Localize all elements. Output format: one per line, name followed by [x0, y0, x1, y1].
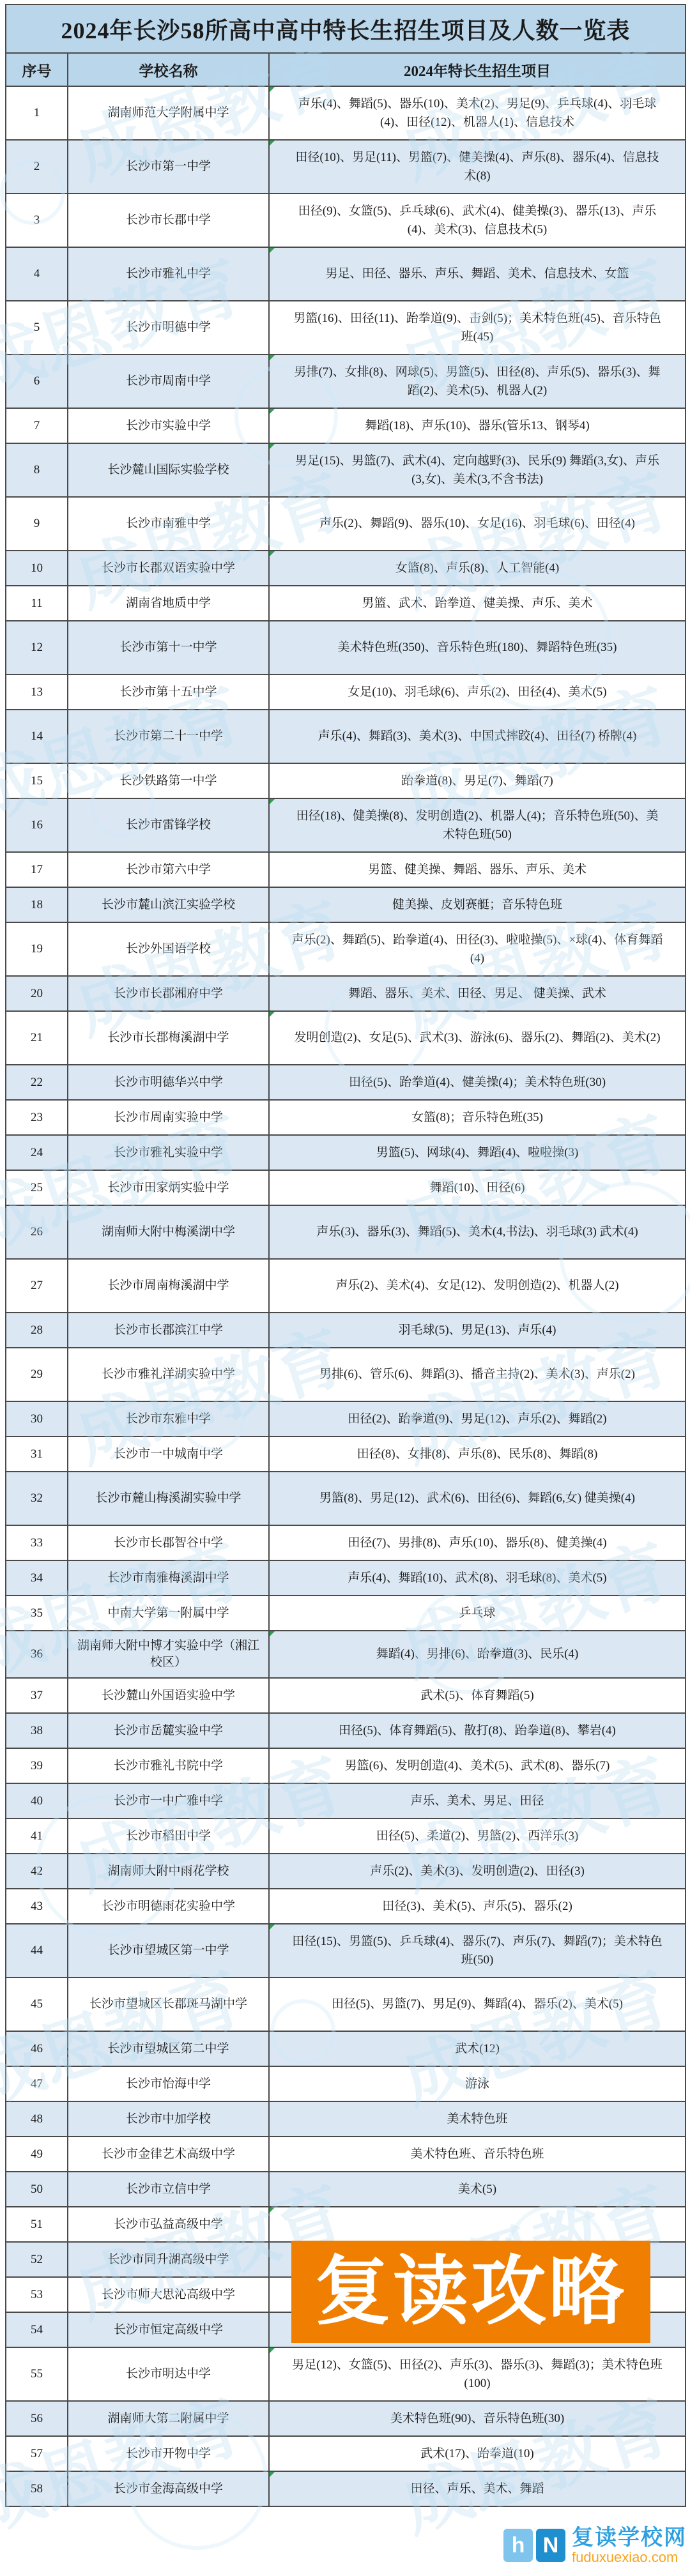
projects-cell: 美术特色班(350)、音乐特色班(180)、舞蹈特色班(35)	[269, 621, 686, 674]
school-name: 长沙市南雅中学	[68, 497, 269, 551]
table-row: 58长沙市金海高级中学田径、声乐、美术、舞蹈	[6, 2471, 686, 2506]
projects-cell: 舞蹈、器乐、美术、田径、男足、 健美操、武术	[269, 976, 686, 1011]
table-row: 35中南大学第一附属中学乒乓球	[6, 1596, 686, 1631]
projects-cell: 男篮、健美操、舞蹈、器乐、声乐、美术	[269, 852, 686, 887]
table-row: 32长沙市麓山梅溪湖实验中学男篮(8)、男足(12)、武术(6)、田径(6)、舞…	[6, 1472, 686, 1525]
row-index: 34	[6, 1560, 68, 1596]
projects-cell: 声乐(2)、美术(4)、女足(12)、发明创造(2)、机器人(2)	[269, 1259, 686, 1313]
projects-cell: 女足(10)、羽毛球(6)、声乐(2)、田径(4)、美术(5)	[269, 674, 686, 710]
school-name: 长沙市第二十一中学	[68, 710, 269, 763]
table-row: 16长沙市雷锋学校田径(18)、健美操(8)、发明创造(2)、机器人(4)；音乐…	[6, 798, 686, 852]
row-index: 11	[6, 586, 68, 621]
row-index: 9	[6, 497, 68, 551]
table-row: 45长沙市望城区长郡斑马湖中学田径(5)、男篮(7)、男足(9)、舞蹈(4)、器…	[6, 1978, 686, 2031]
row-index: 6	[6, 354, 68, 408]
site-logo-name: 复读学校网	[572, 2527, 687, 2550]
school-name: 长沙市第十五中学	[68, 674, 269, 710]
row-index: 13	[6, 674, 68, 710]
school-name: 长沙市长郡中学	[68, 194, 269, 247]
row-index: 56	[6, 2401, 68, 2436]
school-name: 长沙市望城区第一中学	[68, 1924, 269, 1978]
projects-cell: 声乐(4)、舞蹈(10)、武术(8)、羽毛球(8)、美术(5)	[269, 1560, 686, 1596]
row-index: 26	[6, 1205, 68, 1259]
projects-cell: 田径(5)、柔道(2)、男篮(2)、西洋乐(3)	[269, 1818, 686, 1854]
table-row: 12长沙市第十一中学美术特色班(350)、音乐特色班(180)、舞蹈特色班(35…	[6, 621, 686, 674]
row-index: 50	[6, 2172, 68, 2207]
row-index: 20	[6, 976, 68, 1011]
table-row: 25长沙市田家炳实验中学舞蹈(10)、田径(6)	[6, 1170, 686, 1205]
table-row: 3长沙市长郡中学田径(9)、女篮(5)、乒乓球(6)、武术(4)、健美操(3)、…	[6, 194, 686, 247]
row-index: 29	[6, 1348, 68, 1401]
projects-cell: 田径(5)、男篮(7)、男足(9)、舞蹈(4)、器乐(2)、美术(5)	[269, 1978, 686, 2031]
row-index: 49	[6, 2137, 68, 2172]
projects-cell: 武术(5)、体育舞蹈(5)	[269, 1678, 686, 1713]
projects-cell: 舞蹈(18)、声乐(10)、器乐(管乐13、钢琴4)	[269, 408, 686, 443]
table-row: 48长沙市中加学校美术特色班	[6, 2101, 686, 2137]
row-index: 43	[6, 1889, 68, 1924]
projects-cell: 田径(2)、跆拳道(9)、男足(12)、声乐(2)、舞蹈(2)	[269, 1401, 686, 1437]
school-name: 长沙市周南中学	[68, 354, 269, 408]
table-row: 30长沙市东雅中学田径(2)、跆拳道(9)、男足(12)、声乐(2)、舞蹈(2)	[6, 1401, 686, 1437]
projects-cell: 声乐(4)、舞蹈(3)、美术(3)、中国式摔跤(4)、田径(7) 桥牌(4)	[269, 710, 686, 763]
projects-cell: 田径、声乐、美术、舞蹈	[269, 2471, 686, 2506]
row-index: 45	[6, 1978, 68, 2031]
projects-cell: 男篮、武术、跆拳道、健美操、声乐、美术	[269, 586, 686, 621]
row-index: 4	[6, 247, 68, 301]
projects-cell: 男足(15)、男篮(7)、武术(4)、定向越野(3)、民乐(9) 舞蹈(3,女)…	[269, 443, 686, 497]
school-name: 长沙铁路第一中学	[68, 763, 269, 798]
school-name: 长沙麓山外国语实验中学	[68, 1678, 269, 1713]
school-name: 长沙市东雅中学	[68, 1401, 269, 1437]
projects-cell: 美术特色班(90)、音乐特色班(30)	[269, 2401, 686, 2436]
school-name: 长沙麓山国际实验学校	[68, 443, 269, 497]
projects-cell: 男篮(6)、发明创造(4)、美术(5)、武术(8)、器乐(7)	[269, 1748, 686, 1783]
table-row: 14长沙市第二十一中学声乐(4)、舞蹈(3)、美术(3)、中国式摔跤(4)、田径…	[6, 710, 686, 763]
table-row: 36湖南师大附中博才实验中学（湘江校区）舞蹈(4)、男排(6)、跆拳道(3)、民…	[6, 1631, 686, 1678]
table-row: 33长沙市长郡智谷中学田径(7)、男排(8)、声乐(10)、器乐(8)、健美操(…	[6, 1525, 686, 1560]
projects-cell: 男篮(16)、田径(11)、跆拳道(9)、击剑(5)；美术特色班(45)、音乐特…	[269, 301, 686, 354]
table-row: 40长沙市一中广雅中学声乐、美术、男足、田径	[6, 1783, 686, 1818]
row-index: 57	[6, 2436, 68, 2471]
school-name: 湖南师大附中梅溪湖中学	[68, 1205, 269, 1259]
projects-cell: 女篮(8)；音乐特色班(35)	[269, 1100, 686, 1135]
row-index: 21	[6, 1011, 68, 1065]
table-row: 9长沙市南雅中学声乐(2)、舞蹈(9)、器乐(10)、女足(16)、羽毛球(6)…	[6, 497, 686, 551]
row-index: 15	[6, 763, 68, 798]
row-index: 19	[6, 922, 68, 976]
title-row: 2024年长沙58所高中高中特长生招生项目及人数一览表	[6, 4, 686, 53]
school-name: 长沙市一中城南中学	[68, 1437, 269, 1472]
projects-cell: 健美操、皮划赛艇；音乐特色班	[269, 887, 686, 922]
row-index: 16	[6, 798, 68, 852]
site-logo-domain: fuduxuexiao.com	[572, 2550, 687, 2565]
table-row: 37长沙麓山外国语实验中学武术(5)、体育舞蹈(5)	[6, 1678, 686, 1713]
row-index: 12	[6, 621, 68, 674]
table-row: 42湖南师大附中雨花学校声乐(2)、美术(3)、发明创造(2)、田径(3)	[6, 1854, 686, 1889]
row-index: 7	[6, 408, 68, 443]
projects-cell: 跆拳道(8)、男足(7)、舞蹈(7)	[269, 763, 686, 798]
projects-cell: 乒乓球	[269, 1596, 686, 1631]
projects-cell: 田径(18)、健美操(8)、发明创造(2)、机器人(4)；音乐特色班(50)、美…	[269, 798, 686, 852]
logo-letter-n-icon: N	[536, 2529, 565, 2562]
page: 成恩教育成恩教育成恩教育成恩教育成恩教育成恩教育成恩教育成恩教育成恩教育成恩教育…	[0, 0, 690, 2576]
row-index: 47	[6, 2066, 68, 2101]
school-name: 湖南省地质中学	[68, 586, 269, 621]
projects-cell: 男足、田径、器乐、声乐、舞蹈、美术、信息技术、女篮	[269, 247, 686, 301]
table-row: 51长沙市弘益高级中学	[6, 2207, 686, 2242]
table-row: 28长沙市长郡滨江中学羽毛球(5)、男足(13)、声乐(4)	[6, 1313, 686, 1348]
table-row: 29长沙市雅礼洋湖实验中学男排(6)、管乐(6)、舞蹈(3)、播音主持(2)、美…	[6, 1348, 686, 1401]
table-row: 41长沙市稻田中学田径(5)、柔道(2)、男篮(2)、西洋乐(3)	[6, 1818, 686, 1854]
row-index: 24	[6, 1135, 68, 1170]
school-name: 长沙市恒定高级中学	[68, 2312, 269, 2347]
school-name: 长沙市明德华兴中学	[68, 1065, 269, 1100]
table-row: 44长沙市望城区第一中学田径(15)、男篮(5)、乒乓球(4)、器乐(7)、声乐…	[6, 1924, 686, 1978]
projects-cell: 美术特色班、音乐特色班	[269, 2137, 686, 2172]
projects-cell: 美术(5)	[269, 2172, 686, 2207]
school-name: 长沙市田家炳实验中学	[68, 1170, 269, 1205]
projects-cell: 声乐(4)、舞蹈(5)、器乐(10)、美术(2)、男足(9)、乒乓球(4)、羽毛…	[269, 86, 686, 140]
school-name: 长沙市麓山梅溪湖实验中学	[68, 1472, 269, 1525]
row-index: 1	[6, 86, 68, 140]
projects-cell: 游泳	[269, 2066, 686, 2101]
row-index: 51	[6, 2207, 68, 2242]
column-header-projects: 2024年特长生招生项目	[269, 53, 686, 86]
projects-cell: 声乐、美术、男足、田径	[269, 1783, 686, 1818]
school-name: 长沙市长郡滨江中学	[68, 1313, 269, 1348]
projects-cell: 武术(12)	[269, 2031, 686, 2066]
table-row: 2长沙市第一中学田径(10)、男足(11)、男篮(7)、健美操(4)、声乐(8)…	[6, 140, 686, 194]
projects-cell: 舞蹈(10)、田径(6)	[269, 1170, 686, 1205]
school-name: 长沙市明达中学	[68, 2347, 269, 2401]
projects-cell: 武术(17)、跆拳道(10)	[269, 2436, 686, 2471]
table-row: 8长沙麓山国际实验学校男足(15)、男篮(7)、武术(4)、定向越野(3)、民乐…	[6, 443, 686, 497]
talent-recruitment-table: 2024年长沙58所高中高中特长生招生项目及人数一览表 序号 学校名称 2024…	[5, 4, 686, 2507]
school-name: 长沙市稻田中学	[68, 1818, 269, 1854]
table-row: 5长沙市明德中学男篮(16)、田径(11)、跆拳道(9)、击剑(5)；美术特色班…	[6, 301, 686, 354]
table-row: 10长沙市长郡双语实验中学女篮(8)、声乐(8)、人工智能(4)	[6, 551, 686, 586]
school-name: 长沙市明德中学	[68, 301, 269, 354]
table-row: 55长沙市明达中学男足(12)、女篮(5)、田径(2)、声乐(3)、器乐(3)、…	[6, 2347, 686, 2401]
school-name: 湖南师大附中博才实验中学（湘江校区）	[68, 1631, 269, 1678]
projects-cell: 男排(7)、女排(8)、网球(5)、男篮(5)、田径(8)、声乐(5)、器乐(3…	[269, 354, 686, 408]
school-name: 湖南师大附中雨花学校	[68, 1854, 269, 1889]
header-row: 序号 学校名称 2024年特长生招生项目	[6, 53, 686, 86]
row-index: 32	[6, 1472, 68, 1525]
projects-cell: 羽毛球(5)、男足(13)、声乐(4)	[269, 1313, 686, 1348]
school-name: 中南大学第一附属中学	[68, 1596, 269, 1631]
table-row: 11湖南省地质中学男篮、武术、跆拳道、健美操、声乐、美术	[6, 586, 686, 621]
column-header-index: 序号	[6, 53, 68, 86]
school-name: 长沙市师大思沁高级中学	[68, 2277, 269, 2312]
projects-cell: 田径(8)、女排(8)、声乐(8)、民乐(8)、舞蹈(8)	[269, 1437, 686, 1472]
row-index: 30	[6, 1401, 68, 1437]
projects-cell: 男排(6)、管乐(6)、舞蹈(3)、播音主持(2)、美术(3)、声乐(2)	[269, 1348, 686, 1401]
school-name: 长沙市实验中学	[68, 408, 269, 443]
row-index: 35	[6, 1596, 68, 1631]
table-row: 4长沙市雅礼中学男足、田径、器乐、声乐、舞蹈、美术、信息技术、女篮	[6, 247, 686, 301]
projects-cell: 男足(12)、女篮(5)、田径(2)、声乐(3)、器乐(3)、舞蹈(3)；美术特…	[269, 2347, 686, 2401]
table-row: 34长沙市南雅梅溪湖中学声乐(4)、舞蹈(10)、武术(8)、羽毛球(8)、美术…	[6, 1560, 686, 1596]
table-row: 21长沙市长郡梅溪湖中学发明创造(2)、女足(5)、武术(3)、游泳(6)、器乐…	[6, 1011, 686, 1065]
projects-cell: 田径(3)、美术(5)、声乐(5)、器乐(2)	[269, 1889, 686, 1924]
table-row: 27长沙市周南梅溪湖中学声乐(2)、美术(4)、女足(12)、发明创造(2)、机…	[6, 1259, 686, 1313]
table-row: 7长沙市实验中学舞蹈(18)、声乐(10)、器乐(管乐13、钢琴4)	[6, 408, 686, 443]
row-index: 53	[6, 2277, 68, 2312]
row-index: 37	[6, 1678, 68, 1713]
school-name: 长沙市雅礼洋湖实验中学	[68, 1348, 269, 1401]
row-index: 36	[6, 1631, 68, 1678]
row-index: 48	[6, 2101, 68, 2137]
projects-cell: 男篮(5)、网球(4)、舞蹈(4)、啦啦操(3)	[269, 1135, 686, 1170]
row-index: 10	[6, 551, 68, 586]
row-index: 46	[6, 2031, 68, 2066]
school-name: 长沙市长郡双语实验中学	[68, 551, 269, 586]
table-row: 39长沙市雅礼书院中学男篮(6)、发明创造(4)、美术(5)、武术(8)、器乐(…	[6, 1748, 686, 1783]
page-title: 2024年长沙58所高中高中特长生招生项目及人数一览表	[6, 4, 686, 53]
column-header-school: 学校名称	[68, 53, 269, 86]
row-index: 8	[6, 443, 68, 497]
promo-banner: 复读攻略	[291, 2241, 650, 2343]
row-index: 52	[6, 2242, 68, 2277]
projects-cell: 美术特色班	[269, 2101, 686, 2137]
row-index: 58	[6, 2471, 68, 2506]
table-row: 17长沙市第六中学男篮、健美操、舞蹈、器乐、声乐、美术	[6, 852, 686, 887]
school-name: 长沙市长郡智谷中学	[68, 1525, 269, 1560]
table-row: 57长沙市开物中学武术(17)、跆拳道(10)	[6, 2436, 686, 2471]
projects-cell: 男篮(8)、男足(12)、武术(6)、田径(6)、舞蹈(6,女) 健美操(4)	[269, 1472, 686, 1525]
row-index: 17	[6, 852, 68, 887]
row-index: 40	[6, 1783, 68, 1818]
projects-cell: 田径(7)、男排(8)、声乐(10)、器乐(8)、健美操(4)	[269, 1525, 686, 1560]
school-name: 长沙市长郡湘府中学	[68, 976, 269, 1011]
school-name: 长沙市金律艺术高级中学	[68, 2137, 269, 2172]
school-name: 长沙市雅礼中学	[68, 247, 269, 301]
projects-cell: 声乐(3)、器乐(3)、舞蹈(5)、美术(4,书法)、羽毛球(3) 武术(4)	[269, 1205, 686, 1259]
school-name: 长沙市周南梅溪湖中学	[68, 1259, 269, 1313]
table-row: 18长沙市麓山滨江实验学校健美操、皮划赛艇；音乐特色班	[6, 887, 686, 922]
row-index: 27	[6, 1259, 68, 1313]
school-name: 长沙市立信中学	[68, 2172, 269, 2207]
school-name: 长沙市怡海中学	[68, 2066, 269, 2101]
table-row: 49长沙市金律艺术高级中学美术特色班、音乐特色班	[6, 2137, 686, 2172]
table-row: 19长沙外国语学校声乐(2)、舞蹈(5)、跆拳道(4)、田径(3)、啦啦操(5)…	[6, 922, 686, 976]
school-name: 长沙市周南实验中学	[68, 1100, 269, 1135]
table-row: 15长沙铁路第一中学跆拳道(8)、男足(7)、舞蹈(7)	[6, 763, 686, 798]
projects-cell: 声乐(2)、美术(3)、发明创造(2)、田径(3)	[269, 1854, 686, 1889]
row-index: 44	[6, 1924, 68, 1978]
site-logo-icon: h N	[503, 2529, 565, 2562]
school-name: 长沙市长郡梅溪湖中学	[68, 1011, 269, 1065]
projects-cell: 女篮(8)、声乐(8)、人工智能(4)	[269, 551, 686, 586]
school-name: 湖南师范大学附属中学	[68, 86, 269, 140]
school-name: 长沙市金海高级中学	[68, 2471, 269, 2506]
row-index: 55	[6, 2347, 68, 2401]
row-index: 2	[6, 140, 68, 194]
projects-cell: 发明创造(2)、女足(5)、武术(3)、游泳(6)、器乐(2)、舞蹈(2)、美术…	[269, 1011, 686, 1065]
site-logo: h N 复读学校网 fuduxuexiao.com	[503, 2527, 687, 2565]
row-index: 54	[6, 2312, 68, 2347]
promo-banner-text: 复读攻略	[315, 2254, 627, 2329]
projects-cell: 声乐(2)、舞蹈(9)、器乐(10)、女足(16)、羽毛球(6)、田径(4)	[269, 497, 686, 551]
row-index: 42	[6, 1854, 68, 1889]
table-row: 31长沙市一中城南中学田径(8)、女排(8)、声乐(8)、民乐(8)、舞蹈(8)	[6, 1437, 686, 1472]
projects-cell: 田径(15)、男篮(5)、乒乓球(4)、器乐(7)、声乐(7)、舞蹈(7)；美术…	[269, 1924, 686, 1978]
school-name: 长沙市开物中学	[68, 2436, 269, 2471]
school-name: 长沙市麓山滨江实验学校	[68, 887, 269, 922]
school-name: 长沙市望城区第二中学	[68, 2031, 269, 2066]
table-row: 46长沙市望城区第二中学武术(12)	[6, 2031, 686, 2066]
school-name: 长沙市雷锋学校	[68, 798, 269, 852]
table-row: 13长沙市第十五中学女足(10)、羽毛球(6)、声乐(2)、田径(4)、美术(5…	[6, 674, 686, 710]
projects-cell: 田径(5)、体育舞蹈(5)、散打(8)、跆拳道(8)、攀岩(4)	[269, 1713, 686, 1748]
table-row: 43长沙市明德雨花实验中学田径(3)、美术(5)、声乐(5)、器乐(2)	[6, 1889, 686, 1924]
school-name: 长沙市同升湖高级中学	[68, 2242, 269, 2277]
row-index: 33	[6, 1525, 68, 1560]
school-name: 长沙市第十一中学	[68, 621, 269, 674]
row-index: 3	[6, 194, 68, 247]
row-index: 38	[6, 1713, 68, 1748]
table-row: 38长沙市岳麓实验中学田径(5)、体育舞蹈(5)、散打(8)、跆拳道(8)、攀岩…	[6, 1713, 686, 1748]
row-index: 25	[6, 1170, 68, 1205]
school-name: 长沙市南雅梅溪湖中学	[68, 1560, 269, 1596]
projects-cell	[269, 2207, 686, 2242]
projects-cell: 田径(10)、男足(11)、男篮(7)、健美操(4)、声乐(8)、器乐(4)、信…	[269, 140, 686, 194]
row-index: 18	[6, 887, 68, 922]
school-name: 湖南师大第二附属中学	[68, 2401, 269, 2436]
school-name: 长沙市雅礼书院中学	[68, 1748, 269, 1783]
table-row: 47长沙市怡海中学游泳	[6, 2066, 686, 2101]
projects-cell: 田径(5)、跆拳道(4)、健美操(4)；美术特色班(30)	[269, 1065, 686, 1100]
table-row: 23长沙市周南实验中学女篮(8)；音乐特色班(35)	[6, 1100, 686, 1135]
table-row: 1湖南师范大学附属中学声乐(4)、舞蹈(5)、器乐(10)、美术(2)、男足(9…	[6, 86, 686, 140]
school-name: 长沙市雅礼实验中学	[68, 1135, 269, 1170]
school-name: 长沙市望城区长郡斑马湖中学	[68, 1978, 269, 2031]
school-name: 长沙市第一中学	[68, 140, 269, 194]
table-row: 22长沙市明德华兴中学田径(5)、跆拳道(4)、健美操(4)；美术特色班(30)	[6, 1065, 686, 1100]
row-index: 5	[6, 301, 68, 354]
projects-cell: 舞蹈(4)、男排(6)、跆拳道(3)、民乐(4)	[269, 1631, 686, 1678]
logo-letter-h-icon: h	[503, 2529, 533, 2562]
row-index: 28	[6, 1313, 68, 1348]
row-index: 23	[6, 1100, 68, 1135]
projects-cell: 田径(9)、女篮(5)、乒乓球(6)、武术(4)、健美操(3)、器乐(13)、声…	[269, 194, 686, 247]
projects-cell: 声乐(2)、舞蹈(5)、跆拳道(4)、田径(3)、啦啦操(5)、×球(4)、体育…	[269, 922, 686, 976]
row-index: 14	[6, 710, 68, 763]
table-row: 26湖南师大附中梅溪湖中学声乐(3)、器乐(3)、舞蹈(5)、美术(4,书法)、…	[6, 1205, 686, 1259]
school-name: 长沙外国语学校	[68, 922, 269, 976]
table-body: 2024年长沙58所高中高中特长生招生项目及人数一览表 序号 学校名称 2024…	[6, 4, 686, 2506]
school-name: 长沙市一中广雅中学	[68, 1783, 269, 1818]
row-index: 22	[6, 1065, 68, 1100]
school-name: 长沙市明德雨花实验中学	[68, 1889, 269, 1924]
table-row: 50长沙市立信中学美术(5)	[6, 2172, 686, 2207]
row-index: 39	[6, 1748, 68, 1783]
school-name: 长沙市岳麓实验中学	[68, 1713, 269, 1748]
table-row: 20长沙市长郡湘府中学舞蹈、器乐、美术、田径、男足、 健美操、武术	[6, 976, 686, 1011]
table-row: 56湖南师大第二附属中学美术特色班(90)、音乐特色班(30)	[6, 2401, 686, 2436]
school-name: 长沙市弘益高级中学	[68, 2207, 269, 2242]
row-index: 41	[6, 1818, 68, 1854]
row-index: 31	[6, 1437, 68, 1472]
table-row: 6长沙市周南中学男排(7)、女排(8)、网球(5)、男篮(5)、田径(8)、声乐…	[6, 354, 686, 408]
school-name: 长沙市中加学校	[68, 2101, 269, 2137]
school-name: 长沙市第六中学	[68, 852, 269, 887]
table-row: 24长沙市雅礼实验中学男篮(5)、网球(4)、舞蹈(4)、啦啦操(3)	[6, 1135, 686, 1170]
